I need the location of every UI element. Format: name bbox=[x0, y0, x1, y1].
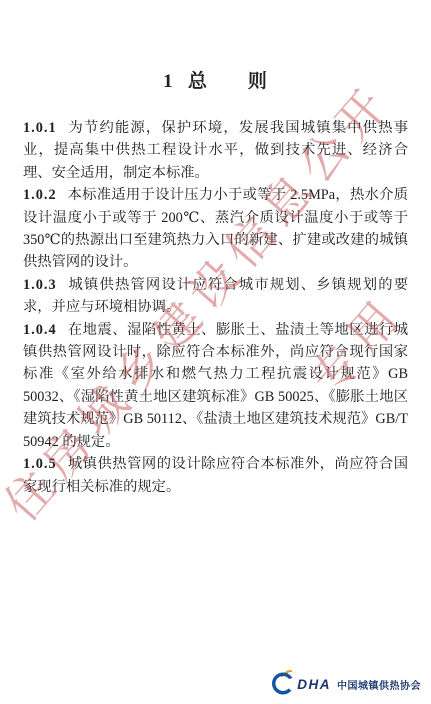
clause-number: 1.0.5 bbox=[23, 456, 57, 472]
clause-number: 1.0.2 bbox=[23, 187, 57, 203]
clause-1-0-1: 1.0.1为节约能源，保护环境，发展我国城镇集中供热事业，提高集中供热工程设计水… bbox=[23, 117, 408, 184]
clause-text: 为节约能源，保护环境，发展我国城镇集中供热事业，提高集中供热工程设计水平，做到技… bbox=[23, 120, 408, 181]
clause-1-0-3: 1.0.3城镇供热管网设计应符合城市规划、乡镇规划的要求，并应与环境相协调。 bbox=[23, 274, 408, 319]
document-page: 1总 则 1.0.1为节约能源，保护环境，发展我国城镇集中供热事业，提高集中供热… bbox=[0, 0, 431, 704]
document-body: 1.0.1为节约能源，保护环境，发展我国城镇集中供热事业，提高集中供热工程设计水… bbox=[23, 117, 408, 498]
clause-number: 1.0.4 bbox=[23, 322, 57, 338]
clause-number: 1.0.3 bbox=[23, 277, 57, 293]
cdha-logo: DHA 中国城镇供热协会 bbox=[270, 669, 421, 695]
chapter-number: 1 bbox=[163, 71, 174, 92]
cdha-c-icon bbox=[270, 669, 296, 695]
chapter-title-text: 总 则 bbox=[188, 71, 268, 92]
clause-1-0-5: 1.0.5城镇供热管网的设计除应符合本标准外，尚应符合国家现行相关标准的规定。 bbox=[23, 453, 408, 498]
clause-1-0-2: 1.0.2本标准适用于设计压力小于或等于 2.5MPa，热水介质设计温度小于或等… bbox=[23, 184, 408, 274]
clause-number: 1.0.1 bbox=[23, 120, 57, 136]
clause-1-0-4: 1.0.4在地震、湿陷性黄土、膨胀土、盐渍土等地区进行城镇供热管网设计时，除应符… bbox=[23, 319, 408, 453]
clause-text: 城镇供热管网设计应符合城市规划、乡镇规划的要求，并应与环境相协调。 bbox=[23, 277, 408, 315]
clause-text: 在地震、湿陷性黄土、膨胀土、盐渍土等地区进行城镇供热管网设计时，除应符合本标准外… bbox=[23, 322, 408, 450]
cdha-abbr-label: DHA bbox=[297, 677, 331, 692]
chapter-title: 1总 则 bbox=[0, 66, 431, 93]
clause-text: 本标准适用于设计压力小于或等于 2.5MPa，热水介质设计温度小于或等于 200… bbox=[23, 187, 408, 270]
cdha-name-label: 中国城镇供热协会 bbox=[337, 677, 421, 692]
clause-text: 城镇供热管网的设计除应符合本标准外，尚应符合国家现行相关标准的规定。 bbox=[23, 456, 408, 494]
